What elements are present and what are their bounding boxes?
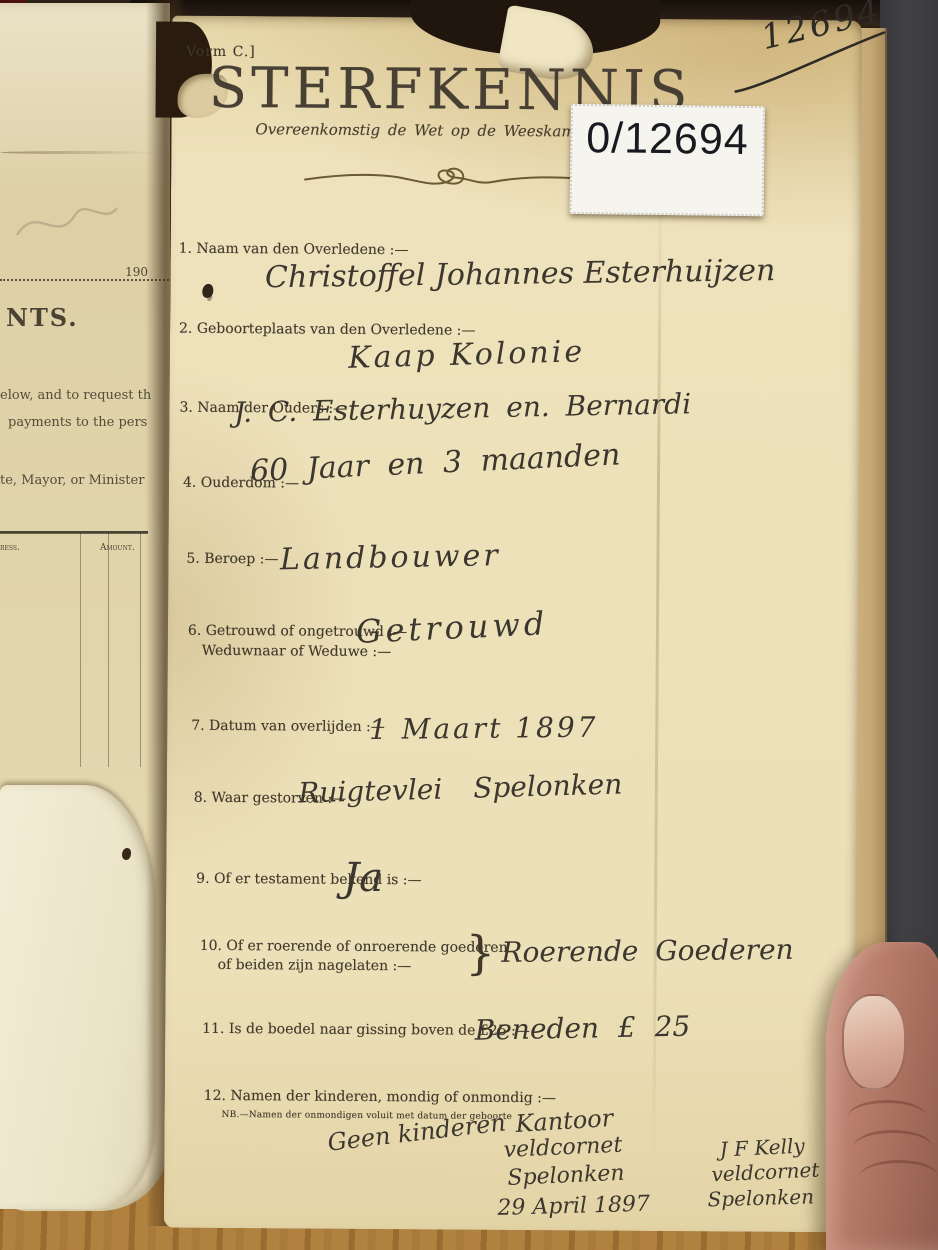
thumb-crease — [854, 1130, 932, 1163]
office-note-line: veldcornet — [503, 1133, 623, 1163]
left-page-heading-fragment: NTS. — [6, 303, 79, 332]
sticker-label: 0/12694 — [572, 114, 763, 165]
left-page-text-line: elow, and to request th — [0, 388, 151, 403]
answer-datum-overlijden: 1 Maart 1897 — [369, 711, 599, 746]
table-rule — [108, 533, 109, 767]
left-page-text-line: te, Mayor, or Minister — [0, 473, 144, 488]
page-edge-line — [0, 151, 160, 154]
underlying-left-page: 190 NTS. elow, and to request th payment… — [0, 3, 170, 1211]
answer-boedel: Beneden £ 25 — [474, 1010, 690, 1047]
thumb-skin — [826, 942, 938, 1250]
field-label-beroep: 5. Beroep :— — [186, 551, 278, 568]
paper-hole — [122, 848, 131, 860]
faint-pencil-scribble — [12, 183, 122, 253]
field-label-naam-overledene: 1. Naam van den Overledene :— — [179, 241, 409, 259]
field-label-kinderen: 12. Namen der kinderen, mondig of onmond… — [204, 1088, 556, 1106]
answer-testament: Ja — [343, 855, 383, 901]
office-note-line: Spelonken — [507, 1161, 625, 1191]
pen-underline-stroke — [732, 28, 892, 99]
field-label-goederen-2: of beiden zijn nagelaten :— — [218, 957, 412, 974]
table-column-header: Amount. — [100, 543, 135, 553]
holding-thumb — [826, 942, 938, 1250]
signature-title: veldcornet — [711, 1158, 820, 1187]
death-notice-photograph: 190 NTS. elow, and to request th payment… — [0, 0, 938, 1250]
answer-geboorteplaats: Kaap Kolonie — [348, 334, 586, 376]
table-rule — [80, 533, 81, 767]
answer-naam-ouders: J. C. Esterhuyzen en. Bernardi — [234, 387, 692, 429]
table-column-header: ress. — [0, 543, 20, 553]
ink-blot — [202, 284, 213, 298]
underlying-white-page — [0, 785, 154, 1209]
answer-ouderdom: 60 Jaar en 3 maanden — [249, 437, 621, 489]
answer-waar-gestorven: Ruigtevlei Spelonken — [298, 767, 623, 809]
ornamental-divider — [303, 163, 603, 193]
answer-getrouwd: Getrouwd — [355, 604, 549, 651]
field-label-testament: 9. Of er testament bekend is :— — [196, 871, 421, 889]
table-rule — [140, 533, 141, 767]
thumb-nail — [842, 994, 906, 1090]
archive-reference-sticker: 0/12694 — [570, 104, 765, 216]
field-label-datum-overlijden: 7. Datum van overlijden :— — [191, 718, 385, 735]
thumb-crease — [860, 1160, 938, 1193]
office-note-date: 29 April 1897 — [497, 1192, 650, 1221]
sterfkennis-form-page: 12694 Vorm C.] STERFKENNIS Overeenkomsti… — [164, 16, 862, 1233]
answer-goederen: Roerende Goederen — [501, 933, 794, 969]
signature-name: J F Kelly — [719, 1134, 805, 1162]
answer-beroep: Landbouwer — [280, 538, 501, 577]
answer-naam-overledene: Christoffel Johannes Esterhuijzen — [265, 253, 776, 295]
signature-place: Spelonken — [707, 1184, 814, 1211]
left-page-table: ress. Amount. — [0, 531, 148, 767]
left-page-text-line: payments to the pers — [8, 415, 147, 430]
printed-brace: } — [466, 926, 496, 980]
field-label-goederen: 10. Of er roerende of onroerende goedere… — [200, 938, 508, 956]
field-label-geboorteplaats: 2. Geboorteplaats van den Overledene :— — [179, 321, 475, 339]
thumb-crease — [848, 1100, 926, 1133]
